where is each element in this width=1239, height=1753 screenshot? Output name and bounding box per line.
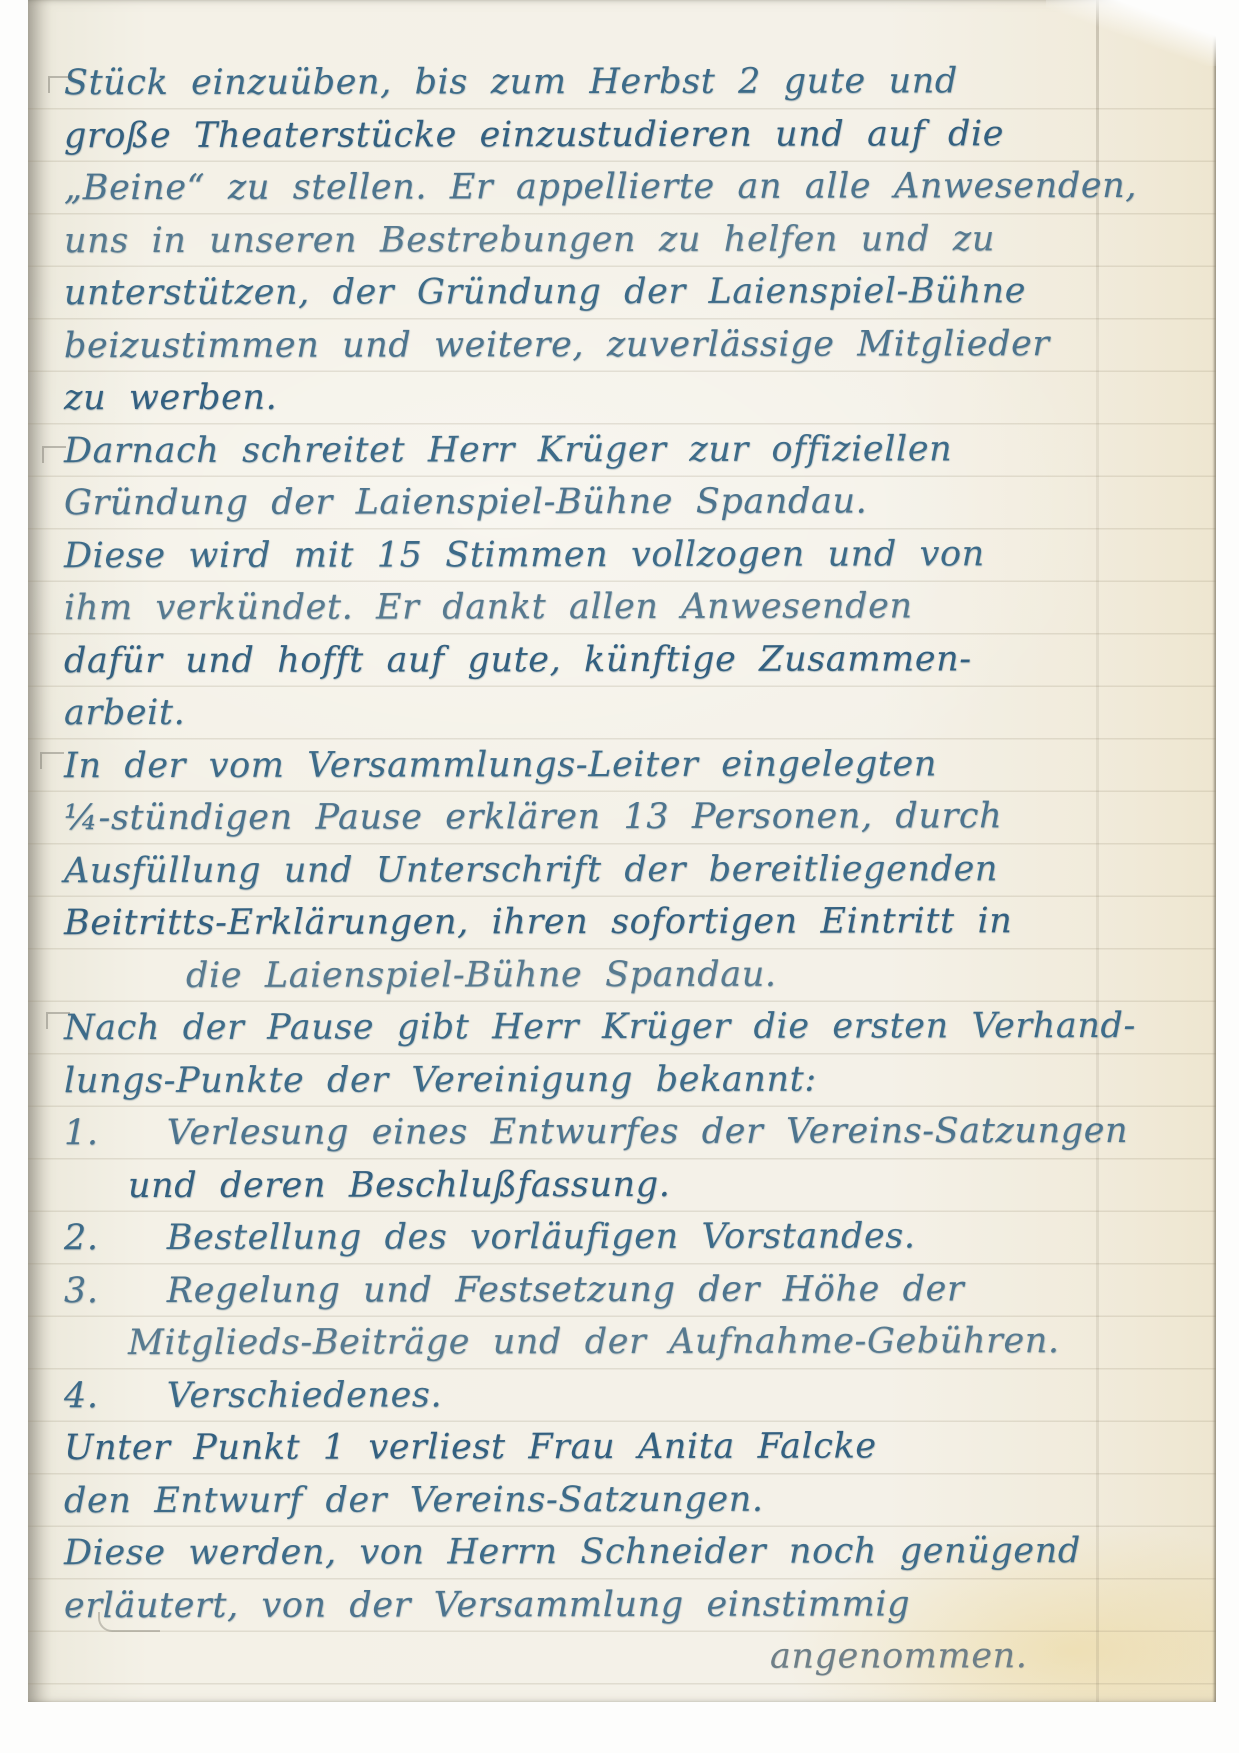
handwritten-line: In der vom Versammlungs-Leiter eingelegt… <box>64 737 1174 792</box>
handwritten-line: Gründung der Laienspiel-Bühne Spandau. <box>64 475 1174 530</box>
handwritten-line: Darnach schreitet Herr Krüger zur offizi… <box>64 422 1174 477</box>
handwritten-line: 4. Verschiedenes. <box>64 1367 1174 1422</box>
handwritten-line: „Beine“ zu stellen. Er appellierte an al… <box>64 160 1174 215</box>
handwritten-line: lungs-Punkte der Vereinigung bekannt: <box>64 1052 1174 1107</box>
handwritten-line: Unter Punkt 1 verliest Frau Anita Falcke <box>64 1420 1174 1475</box>
handwritten-line: und deren Beschlußfassung. <box>64 1157 1174 1212</box>
handwritten-line: ¼-stündigen Pause erklären 13 Personen, … <box>64 790 1174 845</box>
handwritten-line: unterstützen, der Gründung der Laienspie… <box>64 265 1174 320</box>
handwritten-line: beizustimmen und weitere, zuverlässige M… <box>64 317 1174 372</box>
handwritten-text-block: Stück einzuüben, bis zum Herbst 2 gute u… <box>64 56 1174 1684</box>
handwritten-line: den Entwurf der Vereins-Satzungen. <box>64 1472 1174 1527</box>
handwritten-line: angenommen. <box>64 1630 1174 1685</box>
handwritten-line: Mitglieds-Beiträge und der Aufnahme-Gebü… <box>64 1315 1174 1370</box>
handwritten-line: die Laienspiel-Bühne Spandau. <box>64 947 1174 1002</box>
handwritten-line: ihm verkündet. Er dankt allen Anwesenden <box>64 580 1174 635</box>
handwritten-line: Ausfüllung und Unterschrift der bereitli… <box>64 842 1174 897</box>
document-page: Stück einzuüben, bis zum Herbst 2 gute u… <box>28 0 1216 1702</box>
handwritten-line: 2. Bestellung des vorläufigen Vorstandes… <box>64 1210 1174 1265</box>
handwritten-line: arbeit. <box>64 685 1174 740</box>
handwritten-line: 1. Verlesung eines Entwurfes der Vereins… <box>64 1105 1174 1160</box>
scan-background: { "document": { "kind": "handwritten-min… <box>0 0 1239 1753</box>
handwritten-line: 3. Regelung und Festsetzung der Höhe der <box>64 1262 1174 1317</box>
handwritten-line: Diese werden, von Herrn Schneider noch g… <box>64 1525 1174 1580</box>
handwritten-line: dafür und hofft auf gute, künftige Zusam… <box>64 632 1174 687</box>
handwritten-line: Nach der Pause gibt Herr Krüger die erst… <box>64 1000 1174 1055</box>
handwritten-line: Beitritts-Erklärungen, ihren sofortigen … <box>64 895 1174 950</box>
handwritten-line: zu werben. <box>64 370 1174 425</box>
handwritten-line: Diese wird mit 15 Stimmen vollzogen und … <box>64 527 1174 582</box>
handwritten-line: Stück einzuüben, bis zum Herbst 2 gute u… <box>64 55 1174 110</box>
handwritten-line: große Theaterstücke einzustudieren und a… <box>64 107 1174 162</box>
handwritten-line: uns in unseren Bestrebungen zu helfen un… <box>64 212 1174 267</box>
handwritten-line: erläutert, von der Versammlung einstimmi… <box>64 1577 1174 1632</box>
